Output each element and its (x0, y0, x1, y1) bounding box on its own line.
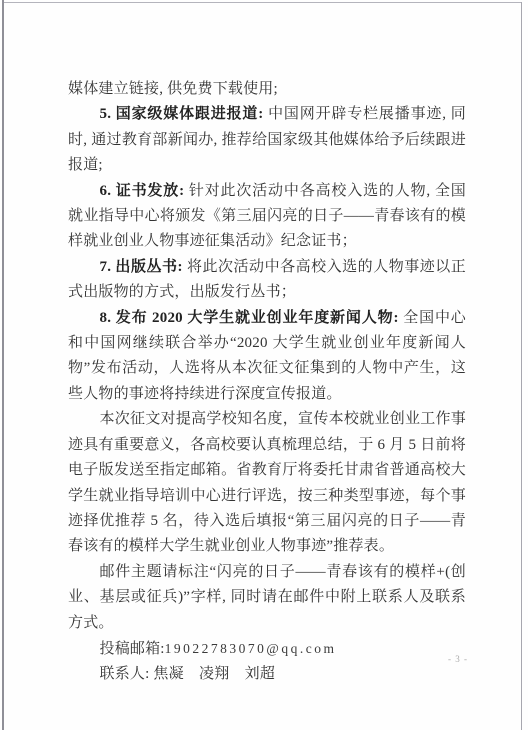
paragraph-body: 邮件主题请标注“闪亮的日子——青春该有的模样+(创业、基层或征兵)”字样, 同时… (68, 564, 466, 631)
paragraph-lead: 7. 出版丛书: (100, 259, 187, 275)
mailbox-address: 19022783070@qq.com (165, 641, 337, 656)
scan-edge-top (4, 2, 522, 3)
paragraph-item-7-publish-series: 7. 出版丛书: 将此次活动中各高校入选的人物事迹以正式出版物的方式，出版发行丛… (68, 255, 466, 306)
mailbox-line: 投稿邮箱:19022783070@qq.com (68, 636, 466, 662)
paragraph-item-5-media-report: 5. 国家级媒体跟进报道: 中国网开辟专栏展播事迹, 同时, 通过教育部新闻办,… (68, 102, 466, 178)
paragraph-body: 本次征文对提高学校知名度，宣传本校就业创业工作事迹具有重要意义，各高校要认真梳理… (68, 411, 466, 554)
paragraph-media-link-continuation: 媒体建立链接, 供免费下载使用; (68, 77, 466, 102)
paragraph-body: 媒体建立链接, 供免费下载使用; (68, 81, 278, 97)
contacts-names: 焦凝 凌翔 刘超 (153, 666, 275, 682)
page-number: - 3 - (448, 654, 468, 664)
scan-edge-right (521, 2, 522, 730)
paragraph-item-8-news-figures: 8. 发布 2020 大学生就业创业年度新闻人物: 全国中心和中国网继续联合举办… (68, 306, 466, 408)
paragraph-significance-deadline: 本次征文对提高学校知名度，宣传本校就业创业工作事迹具有重要意义，各高校要认真梳理… (68, 407, 466, 559)
paragraph-email-subject-note: 邮件主题请标注“闪亮的日子——青春该有的模样+(创业、基层或征兵)”字样, 同时… (68, 560, 466, 636)
contacts-line: 联系人: 焦凝 凌翔 刘超 (68, 662, 466, 687)
paragraph-item-6-certificate: 6. 证书发放: 针对此次活动中各高校入选的人物, 全国就业指导中心将颁发《第三… (68, 179, 466, 255)
paragraph-lead: 6. 证书发放: (100, 183, 189, 199)
scan-edge-left (2, 0, 4, 730)
paragraph-lead: 5. 国家级媒体跟进报道: (100, 106, 269, 122)
mailbox-label: 投稿邮箱: (100, 641, 165, 657)
contacts-label: 联系人: (100, 666, 154, 682)
document-body: 媒体建立链接, 供免费下载使用; 5. 国家级媒体跟进报道: 中国网开辟专栏展播… (68, 77, 466, 688)
paragraph-lead: 8. 发布 2020 大学生就业创业年度新闻人物: (100, 310, 404, 326)
